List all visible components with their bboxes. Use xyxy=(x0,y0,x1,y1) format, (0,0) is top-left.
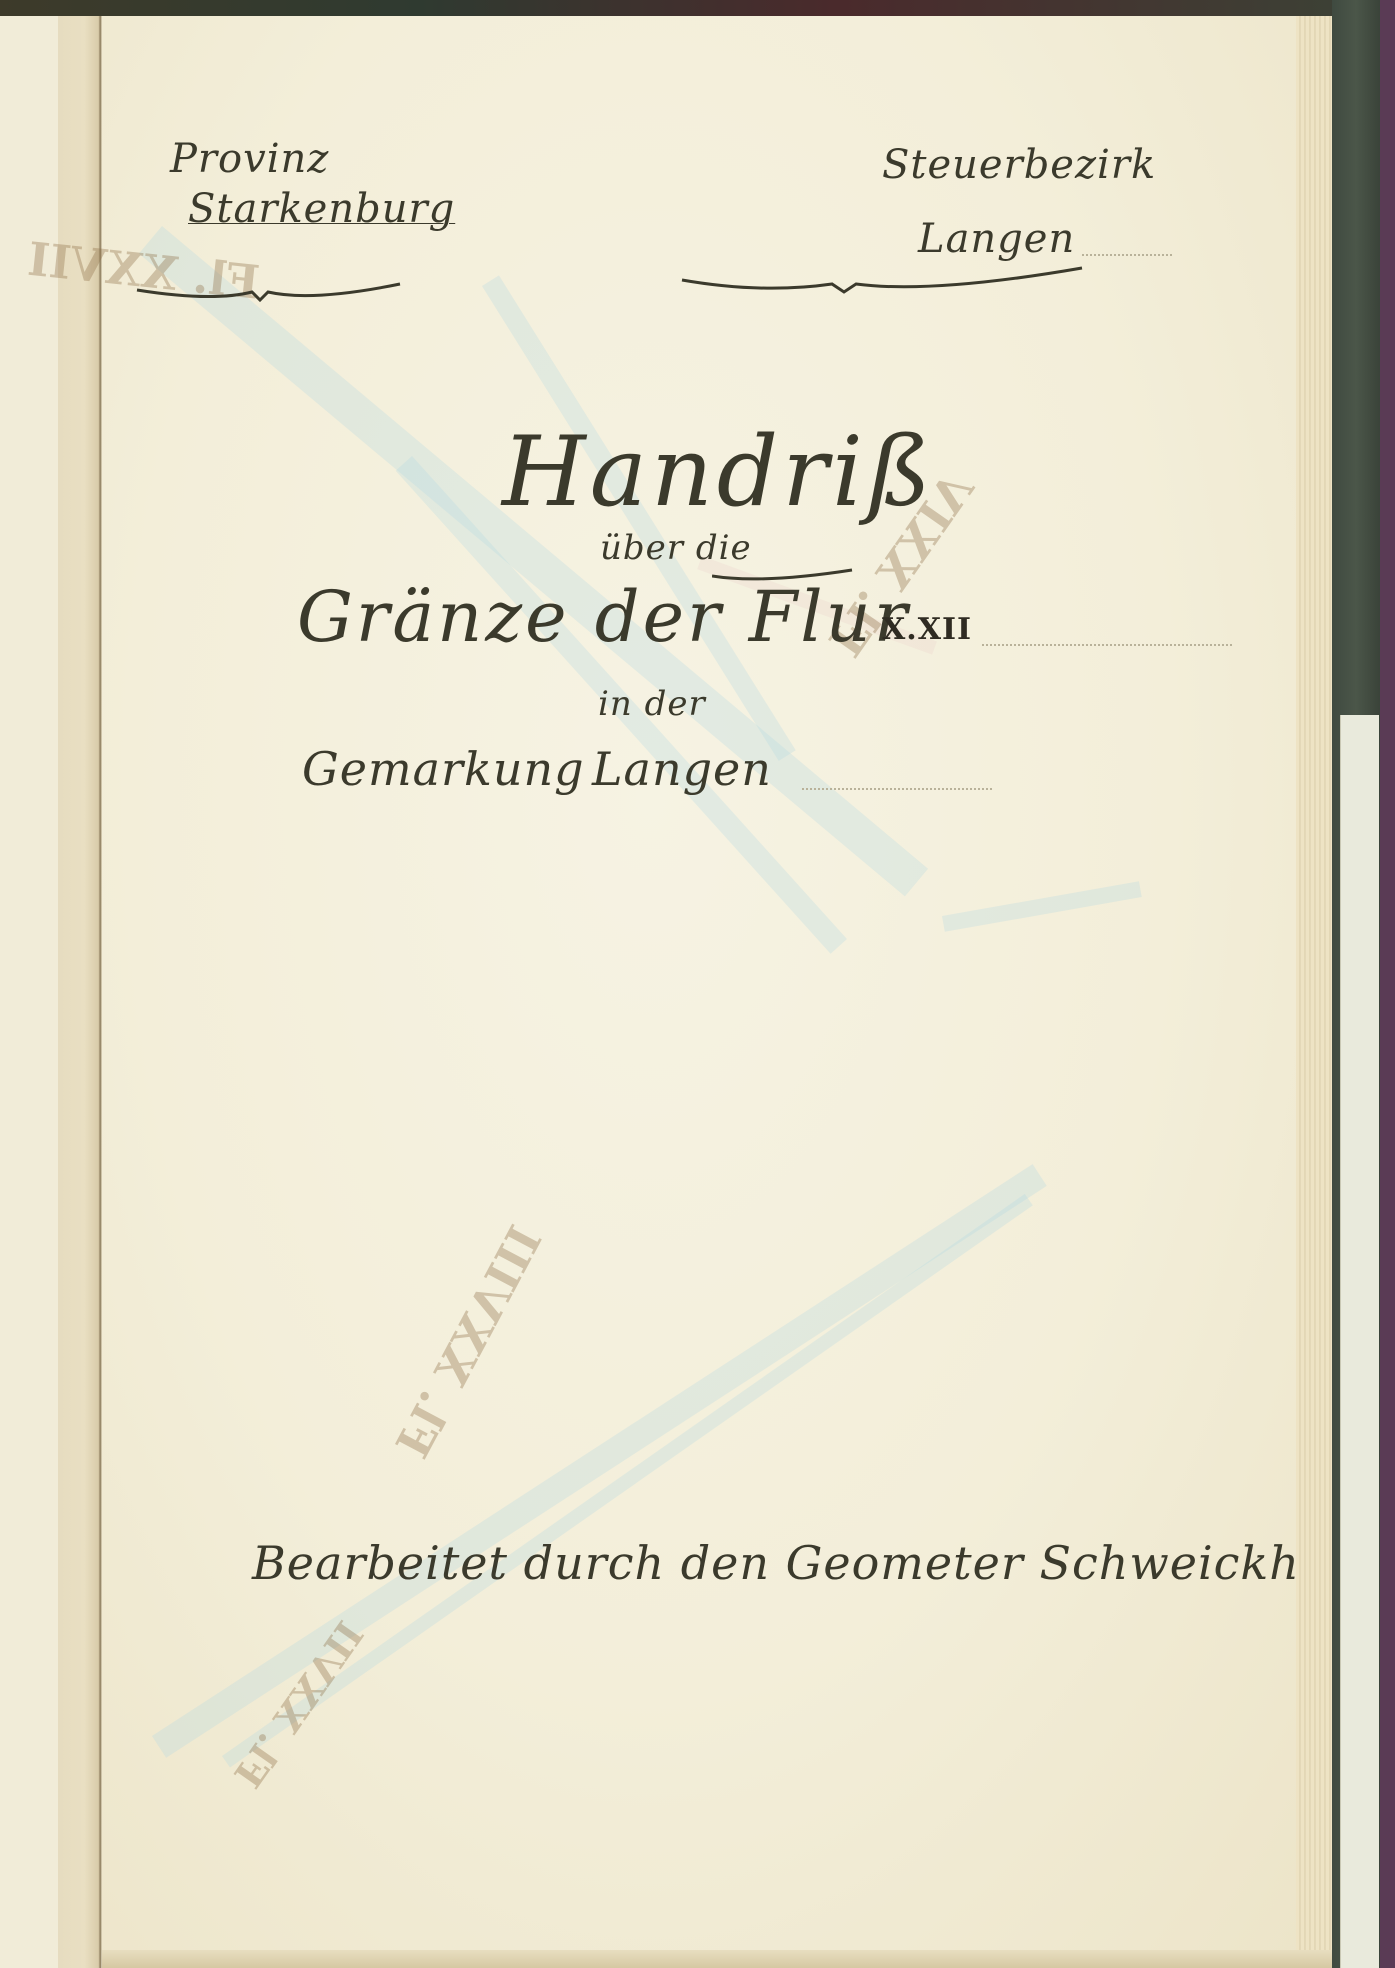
fill-line xyxy=(802,788,992,790)
title-page: Fl. XXVII Fl. XXIV Fl. XXVIII Fl. XXVII … xyxy=(102,16,1322,1956)
scan-background-edge xyxy=(1380,0,1395,1968)
tax-district-label: Steuerbezirk xyxy=(882,142,1156,188)
gemarkung-value: Langen xyxy=(592,742,772,796)
left-facing-page xyxy=(0,16,58,1968)
fill-line xyxy=(982,644,1232,646)
book-gutter xyxy=(58,16,102,1968)
scanned-book-spread: Fl. XXVII Fl. XXIV Fl. XXVIII Fl. XXVII … xyxy=(0,0,1395,1968)
province-label: Provinz xyxy=(170,136,329,182)
page-edges xyxy=(1296,16,1332,1956)
flur-number: X.XII xyxy=(882,612,972,647)
header-right-flourish xyxy=(672,266,1092,296)
header-left-flourish xyxy=(102,276,402,306)
book-cover-top-edge xyxy=(0,0,1395,16)
fill-line xyxy=(1082,254,1172,256)
title-line-in-der: in der xyxy=(598,684,706,724)
gemarkung-label: Gemarkung xyxy=(302,742,585,796)
title-line-boundary: Gränze der Flur xyxy=(297,576,910,658)
title-line-uber-die: über die xyxy=(600,528,752,568)
document-title: Handriß xyxy=(502,416,935,528)
paper-tab-insert xyxy=(1340,715,1379,1968)
tax-district-value: Langen xyxy=(918,216,1075,262)
province-value: Starkenburg xyxy=(188,186,455,232)
page-bottom-edge xyxy=(102,1950,1332,1968)
bleed-band xyxy=(152,1164,1047,1758)
surveyor-credit: Bearbeitet durch den Geometer Schweickha… xyxy=(252,1536,1382,1590)
bleed-through-mark: Fl. XXVIII xyxy=(384,1217,551,1466)
bleed-band xyxy=(942,881,1142,931)
bleed-band xyxy=(222,1194,1033,1768)
